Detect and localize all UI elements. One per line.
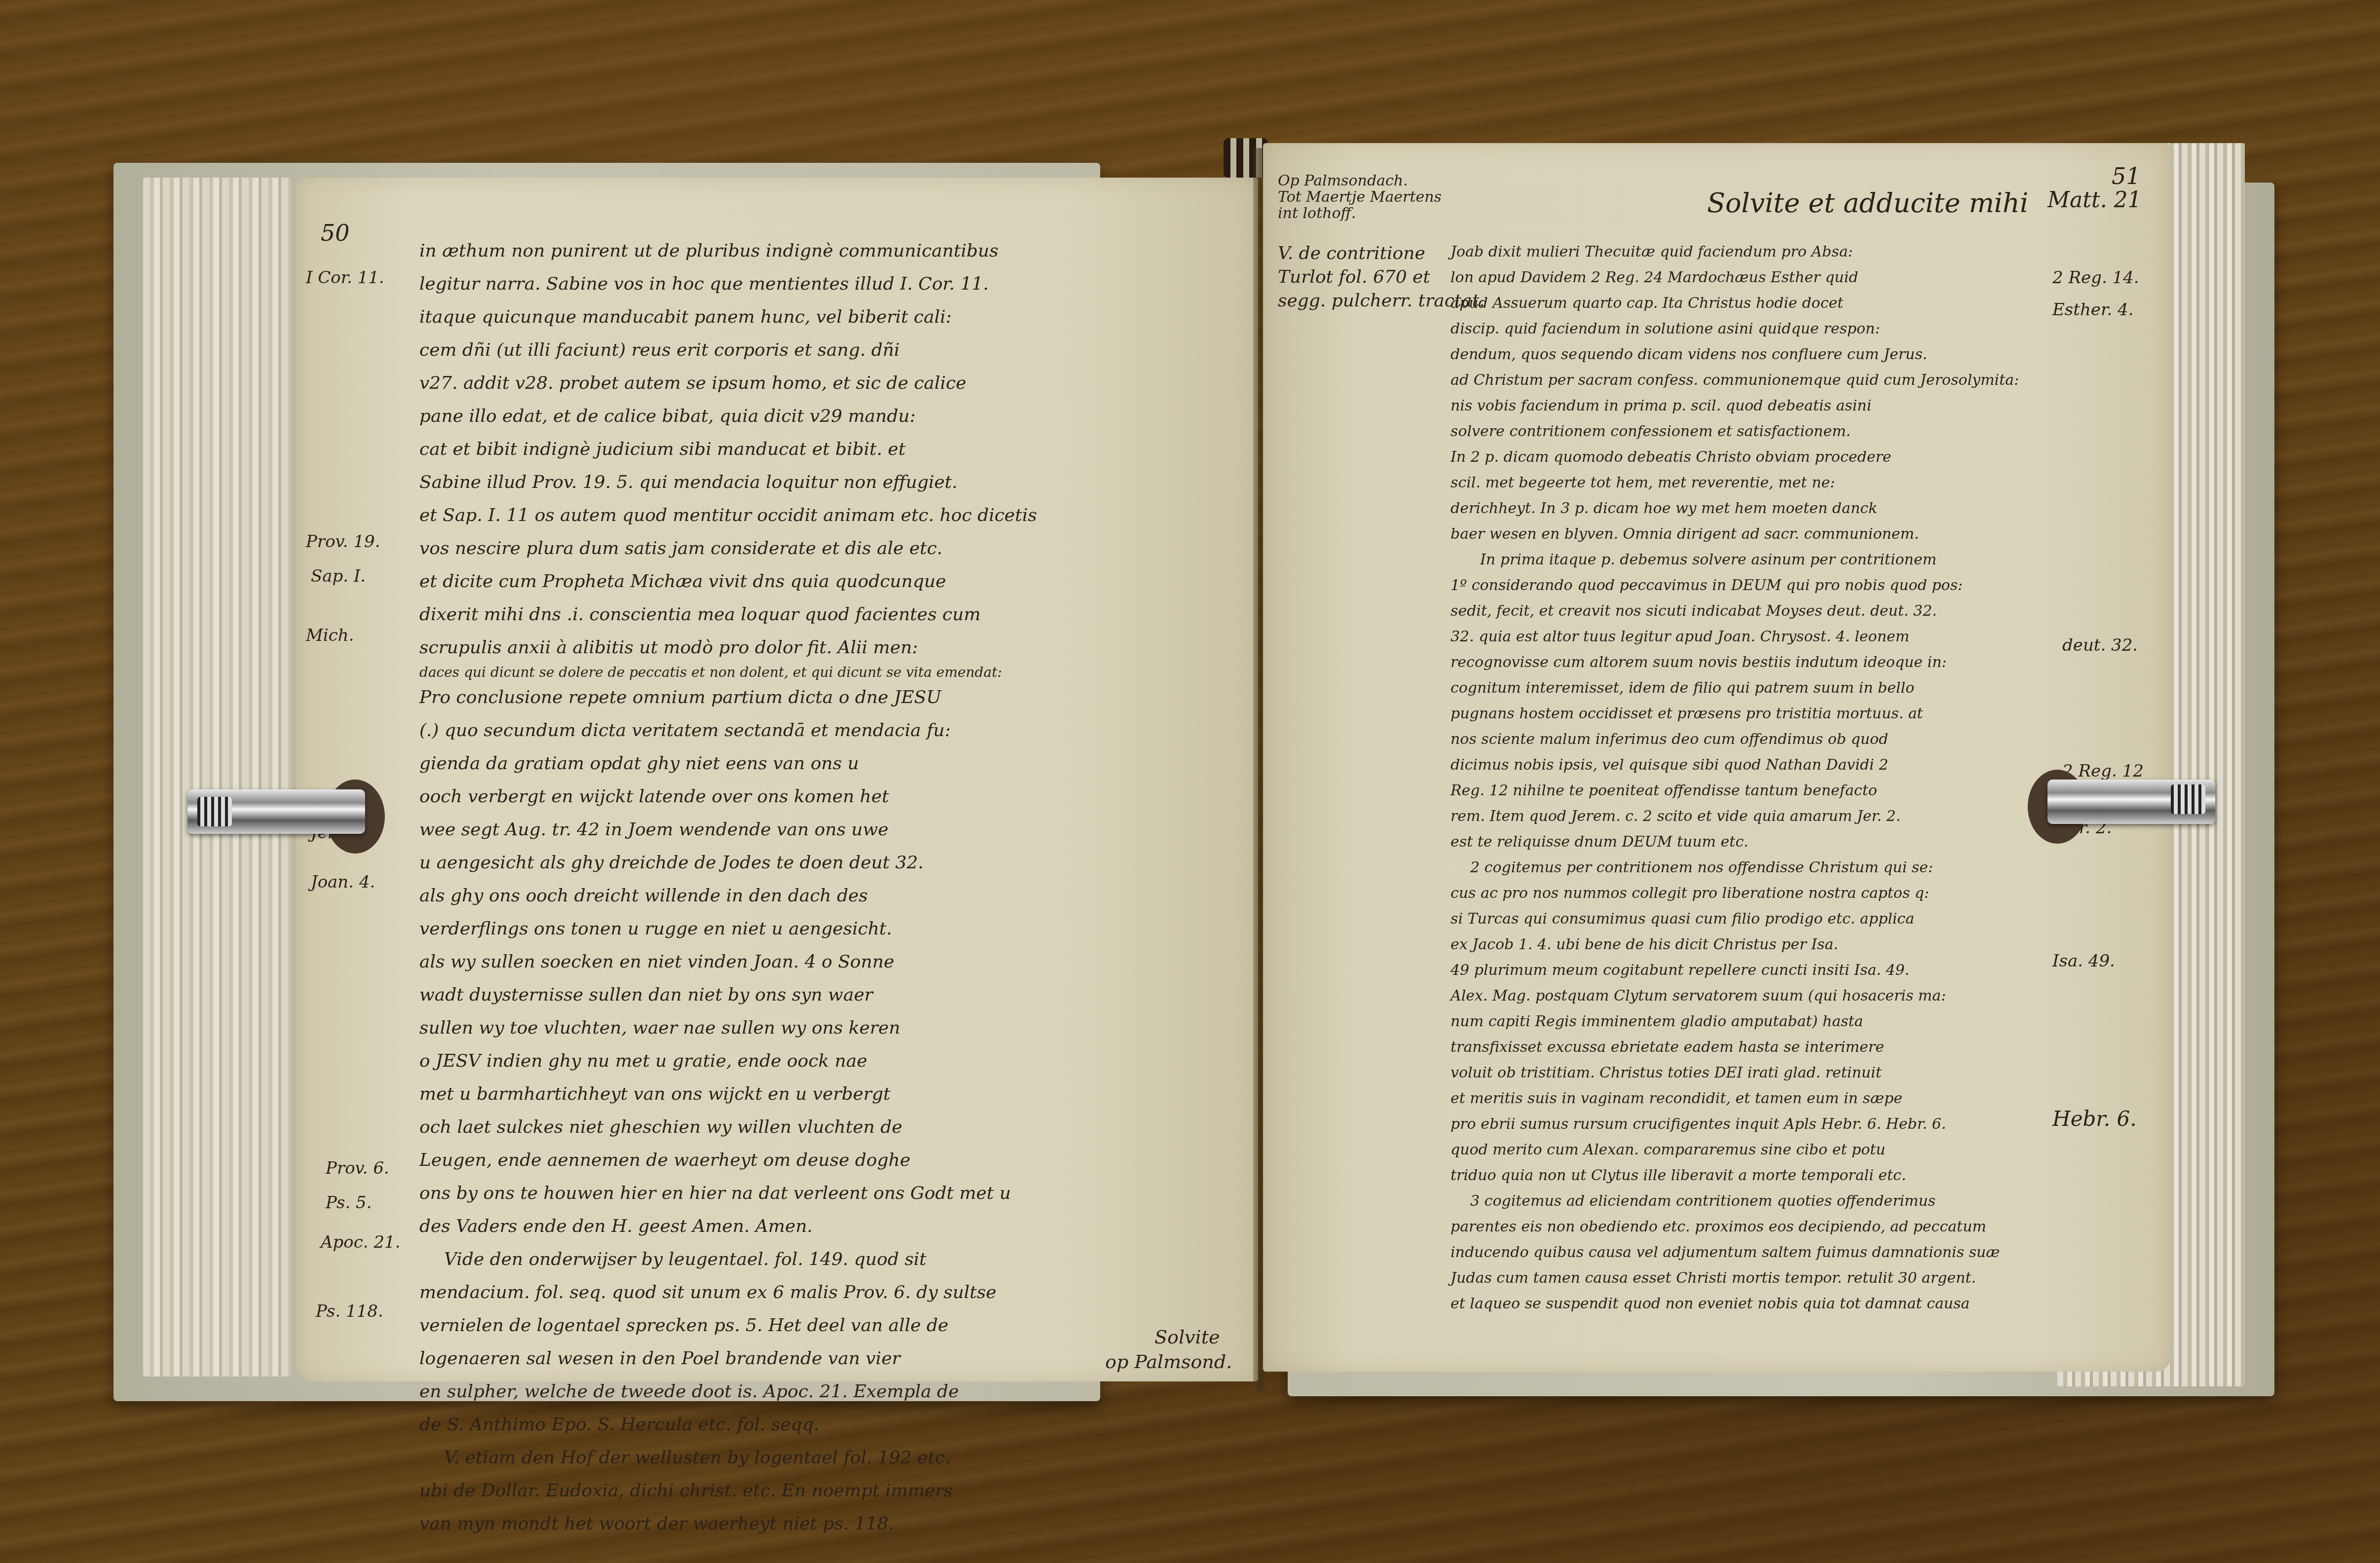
text-line: voluit ob tristitiam. Christus toties DE… xyxy=(1450,1060,2019,1086)
text-line: verderflings ons tonen u rugge en niet u… xyxy=(419,912,1037,945)
text-line: mendacium. fol. seq. quod sit unum ex 6 … xyxy=(419,1276,1037,1309)
clip-grip-icon xyxy=(197,797,232,826)
text-line: ubi de Dollar. Eudoxia, dichi christ. et… xyxy=(419,1474,1037,1507)
text-line: (.) quo secundum dicta veritatem sectand… xyxy=(419,714,1037,747)
text-line: met u barmhartichheyt van ons wijckt en … xyxy=(419,1078,1037,1111)
text-line: baer wesen en blyven. Omnia dirigent ad … xyxy=(1450,521,2019,547)
text-line: et Sap. I. 11 os autem quod mentitur occ… xyxy=(419,499,1037,532)
text-line: nos sciente malum inferimus deo cum offe… xyxy=(1450,727,2019,752)
sermon-title: Solvite et adducite mihi xyxy=(1707,187,2028,219)
margin-note: Mich. xyxy=(306,627,354,645)
margin-note: Esther. 4. xyxy=(2052,301,2134,319)
margin-note: Apoc. 21. xyxy=(321,1233,401,1252)
text-line: cus ac pro nos nummos collegit pro liber… xyxy=(1450,881,2019,906)
text-line: In 2 p. dicam quomodo debeatis Christo o… xyxy=(1450,445,2019,470)
text-line: recognovisse cum altorem suum novis best… xyxy=(1450,650,2019,675)
text-line: In prima itaque p. debemus solvere asinu… xyxy=(1450,547,2019,573)
text-line: wee segt Aug. tr. 42 in Joem wendende va… xyxy=(419,813,1037,846)
text-line: sullen wy toe vluchten, waer nae sullen … xyxy=(419,1011,1037,1044)
text-line: vernielen de logentael sprecken ps. 5. H… xyxy=(419,1309,1037,1342)
text-line: legitur narra. Sabine vos in hoc que men… xyxy=(419,267,1037,300)
text-line: Reg. 12 nihilne te poeniteat offendisse … xyxy=(1450,778,2019,804)
text-line: num capiti Regis imminentem gladio amput… xyxy=(1450,1009,2019,1035)
text-line: des Vaders ende den H. geest Amen. Amen. xyxy=(419,1210,1037,1243)
text-line: ons by ons te houwen hier en hier na dat… xyxy=(419,1177,1037,1210)
text-line: sedit, fecit, et creavit nos sicuti indi… xyxy=(1450,598,2019,624)
text-line: dicimus nobis ipsis, vel quisque sibi qu… xyxy=(1450,752,2019,778)
text-line: wadt duysternisse sullen dan niet by ons… xyxy=(419,978,1037,1011)
margin-note: Joan. 4. xyxy=(311,873,375,892)
occasion-note-line: int lothoff. xyxy=(1278,205,1442,222)
text-line: pro ebrii sumus rursum crucifigentes inq… xyxy=(1450,1112,2019,1137)
open-manuscript-book: 50 I Cor. 11. Prov. 19. Sap. I. Mich. De… xyxy=(113,143,2274,1421)
text-line: vos nescire plura dum satis jam consider… xyxy=(419,532,1037,565)
text-line: solvere contritionem confessionem et sat… xyxy=(1450,419,2019,445)
text-line: 49 plurimum meum cogitabunt repellere cu… xyxy=(1450,958,2019,983)
left-page-body: in æthum non punirent ut de pluribus ind… xyxy=(419,234,1037,1540)
text-line: cognitum interemisset, idem de filio qui… xyxy=(1450,675,2019,701)
occasion-note-line: Op Palmsondach. xyxy=(1278,173,1442,189)
text-line: dendum, quos sequendo dicam videns nos c… xyxy=(1450,342,2019,368)
text-line: als wy sullen soecken en niet vinden Joa… xyxy=(419,945,1037,978)
text-line: parentes eis non obediendo etc. proximos… xyxy=(1450,1214,2019,1240)
text-line: Alex. Mag. postquam Clytum servatorem su… xyxy=(1450,983,2019,1009)
text-line: daces qui dicunt se dolere de peccatis e… xyxy=(419,664,1037,681)
text-line: cat et bibit indignè judicium sibi mandu… xyxy=(419,433,1037,466)
text-line: ex Jacob 1. 4. ubi bene de his dicit Chr… xyxy=(1450,932,2019,958)
text-line: et meritis suis in vaginam recondidit, e… xyxy=(1450,1086,2019,1112)
text-line: 1º considerando quod peccavimus in DEUM … xyxy=(1450,573,2019,598)
text-line: inducendo quibus causa vel adjumentum sa… xyxy=(1450,1240,2019,1265)
text-line: ooch verbergt en wijckt latende over ons… xyxy=(419,780,1037,813)
right-page-folio-51: 51 Op Palmsondach. Tot Maertje Maertens … xyxy=(1263,143,2171,1372)
text-line: V. etiam den Hof der wellusten by logent… xyxy=(419,1441,1037,1474)
text-line: dixerit mihi dns .i. conscientia mea loq… xyxy=(419,598,1037,631)
text-line: triduo quia non ut Clytus ille liberavit… xyxy=(1450,1163,2019,1189)
text-line: scrupulis anxii à alibitis ut modò pro d… xyxy=(419,631,1037,664)
occasion-note: Op Palmsondach. Tot Maertje Maertens int… xyxy=(1278,173,1442,222)
text-line: Judas cum tamen causa esset Christi mort… xyxy=(1450,1265,2019,1291)
text-line: nis vobis faciendum in prima p. scil. qu… xyxy=(1450,393,2019,419)
text-line: van myn mondt het woort der waerheyt nie… xyxy=(419,1507,1037,1540)
text-line: itaque quicunque manducabit panem hunc, … xyxy=(419,300,1037,334)
text-line: Pro conclusione repete omnium partium di… xyxy=(419,681,1037,714)
left-page-edges xyxy=(143,178,291,1377)
right-page-body: Joab dixit mulieri Thecuitæ quid faciend… xyxy=(1450,239,2019,1317)
clip-grip-icon xyxy=(2171,784,2205,814)
text-line: si Turcas qui consumimus quasi cum filio… xyxy=(1450,906,2019,932)
text-line: Joab dixit mulieri Thecuitæ quid faciend… xyxy=(1450,239,2019,265)
text-line: v27. addit v28. probet autem se ipsum ho… xyxy=(419,367,1037,400)
margin-note: Hebr. 6. xyxy=(2052,1108,2137,1130)
text-line: apud Assuerum quarto cap. Ita Christus h… xyxy=(1450,291,2019,316)
margin-note: Prov. 19. xyxy=(306,533,380,551)
text-line: ad Christum per sacram confess. communio… xyxy=(1450,368,2019,393)
text-line: o JESV indien ghy nu met u gratie, ende … xyxy=(419,1044,1037,1078)
text-line: et dicite cum Propheta Michæa vivit dns … xyxy=(419,565,1037,598)
margin-note: Ps. 5. xyxy=(326,1194,372,1212)
text-line: 2 cogitemus per contritionem nos offendi… xyxy=(1450,855,2019,881)
text-line: cem dñi (ut illi faciunt) reus erit corp… xyxy=(419,334,1037,367)
text-line: Leugen, ende aennemen de waerheyt om deu… xyxy=(419,1144,1037,1177)
text-line: et laqueo se suspendit quod non eveniet … xyxy=(1450,1291,2019,1317)
text-line: pugnans hostem occidisset et præsens pro… xyxy=(1450,701,2019,727)
sermon-title-reference: Matt. 21 xyxy=(2047,187,2142,213)
catchword: Solvite xyxy=(1154,1327,1220,1348)
margin-note: I Cor. 11. xyxy=(306,269,384,287)
margin-note: 2 Reg. 14. xyxy=(2052,269,2139,287)
text-line: transfixisset excussa ebrietate eadem ha… xyxy=(1450,1035,2019,1060)
occasion-note-line: Tot Maertje Maertens xyxy=(1278,189,1442,205)
text-line: Vide den onderwijser by leugentael. fol.… xyxy=(419,1243,1037,1276)
text-line: och laet sulckes niet gheschien wy wille… xyxy=(419,1111,1037,1144)
text-line: 32. quia est altor tuus legitur apud Joa… xyxy=(1450,624,2019,650)
text-line: scil. met begeerte tot hem, met reverent… xyxy=(1450,470,2019,496)
text-line: rem. Item quod Jerem. c. 2 scito et vide… xyxy=(1450,804,2019,829)
text-line: u aengesicht als ghy dreichde de Jodes t… xyxy=(419,846,1037,879)
text-line: derichheyt. In 3 p. dicam hoe wy met hem… xyxy=(1450,496,2019,521)
margin-note: Isa. 49. xyxy=(2052,952,2115,970)
text-line: gienda da gratiam opdat ghy niet eens va… xyxy=(419,747,1037,780)
text-line: pane illo edat, et de calice bibat, quia… xyxy=(419,400,1037,433)
margin-note: deut. 32. xyxy=(2062,636,2138,655)
text-line: discip. quid faciendum in solutione asin… xyxy=(1450,316,2019,342)
folio-number: 50 xyxy=(321,220,350,246)
text-line: 3 cogitemus ad eliciendam contritionem q… xyxy=(1450,1189,2019,1214)
catchword: op Palmsond. xyxy=(1105,1352,1232,1373)
text-line: en sulpher, welche de tweede doot is. Ap… xyxy=(419,1375,1037,1408)
text-line: logenaeren sal wesen in den Poel branden… xyxy=(419,1342,1037,1375)
text-line: als ghy ons ooch dreicht willende in den… xyxy=(419,879,1037,912)
text-line: in æthum non punirent ut de pluribus ind… xyxy=(419,234,1037,267)
margin-note: Ps. 118. xyxy=(316,1302,383,1321)
folio-number: 51 xyxy=(2112,163,2141,189)
margin-note: Prov. 6. xyxy=(326,1159,389,1178)
left-page-folio-50: 50 I Cor. 11. Prov. 19. Sap. I. Mich. De… xyxy=(296,178,1258,1381)
text-line: quod merito cum Alexan. compararemus sin… xyxy=(1450,1137,2019,1163)
text-line: Sabine illud Prov. 19. 5. qui mendacia l… xyxy=(419,466,1037,499)
margin-note: Sap. I. xyxy=(311,567,366,586)
text-line: lon apud Davidem 2 Reg. 24 Mardochæus Es… xyxy=(1450,265,2019,291)
text-line: est te reliquisse dnum DEUM tuum etc. xyxy=(1450,829,2019,855)
text-line: de S. Anthimo Epo. S. Hercula etc. fol. … xyxy=(419,1408,1037,1441)
